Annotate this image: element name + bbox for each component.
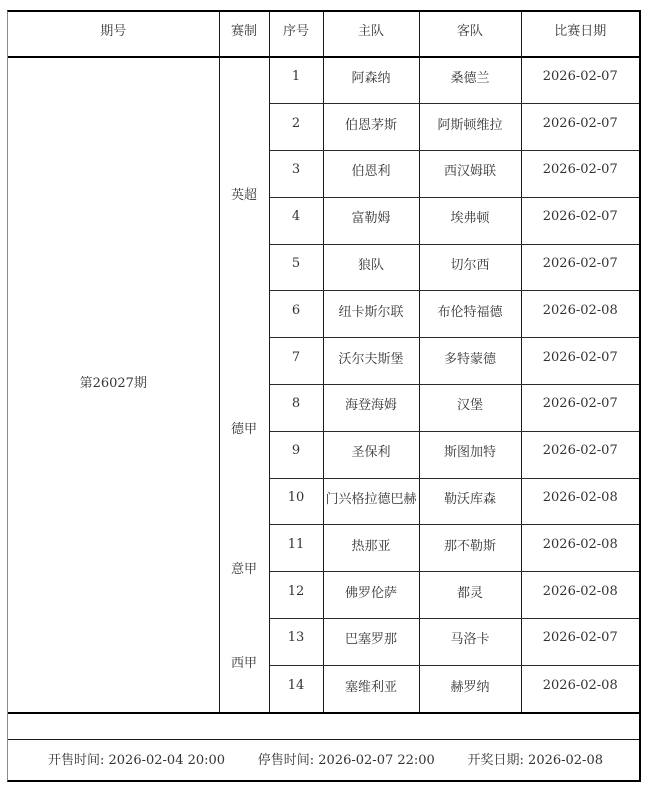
away-team-cell: 布伦特福德	[419, 291, 521, 338]
match-schedule-table: 期号 赛制 序号 主队 客队 比赛日期 第26027期 英超 1 阿森纳 桑德兰…	[8, 12, 639, 712]
seq-cell: 6	[269, 291, 323, 338]
home-team-cell: 狼队	[323, 244, 419, 291]
header-league: 赛制	[219, 12, 269, 57]
lottery-schedule-sheet: 期号 赛制 序号 主队 客队 比赛日期 第26027期 英超 1 阿森纳 桑德兰…	[7, 10, 641, 782]
date-cell: 2026-02-07	[521, 104, 639, 151]
away-team-cell: 那不勒斯	[419, 525, 521, 572]
away-team-cell: 桑德兰	[419, 57, 521, 104]
seq-cell: 10	[269, 478, 323, 525]
seq-cell: 14	[269, 665, 323, 712]
home-team-cell: 塞维利亚	[323, 665, 419, 712]
home-team-cell: 热那亚	[323, 525, 419, 572]
home-team-cell: 纽卡斯尔联	[323, 291, 419, 338]
league-cell-premier-league: 英超	[219, 57, 269, 338]
league-cell-la-liga: 西甲	[219, 619, 269, 713]
seq-cell: 11	[269, 525, 323, 572]
seq-cell: 12	[269, 572, 323, 619]
away-team-cell: 马洛卡	[419, 619, 521, 666]
date-cell: 2026-02-07	[521, 244, 639, 291]
home-team-cell: 门兴格拉德巴赫	[323, 478, 419, 525]
away-team-cell: 西汉姆联	[419, 151, 521, 198]
seq-cell: 2	[269, 104, 323, 151]
header-seq: 序号	[269, 12, 323, 57]
away-team-cell: 勒沃库森	[419, 478, 521, 525]
home-team-cell: 富勒姆	[323, 197, 419, 244]
draw-date: 开奖日期: 2026-02-08	[468, 749, 603, 768]
sale-stop-time: 停售时间: 2026-02-07 22:00	[258, 749, 435, 768]
home-team-cell: 佛罗伦萨	[323, 572, 419, 619]
seq-cell: 1	[269, 57, 323, 104]
seq-cell: 8	[269, 385, 323, 432]
footer-times-row: 开售时间: 2026-02-04 20:00 停售时间: 2026-02-07 …	[8, 740, 639, 781]
away-team-cell: 斯图加特	[419, 431, 521, 478]
date-cell: 2026-02-07	[521, 151, 639, 198]
header-away: 客队	[419, 12, 521, 57]
sale-start-time: 开售时间: 2026-02-04 20:00	[48, 749, 225, 768]
away-team-cell: 阿斯顿维拉	[419, 104, 521, 151]
seq-cell: 9	[269, 431, 323, 478]
date-cell: 2026-02-07	[521, 385, 639, 432]
seq-cell: 5	[269, 244, 323, 291]
date-cell: 2026-02-08	[521, 478, 639, 525]
date-cell: 2026-02-08	[521, 665, 639, 712]
away-team-cell: 多特蒙德	[419, 338, 521, 385]
league-cell-serie-a: 意甲	[219, 525, 269, 619]
away-team-cell: 汉堡	[419, 385, 521, 432]
home-team-cell: 沃尔夫斯堡	[323, 338, 419, 385]
header-date: 比赛日期	[521, 12, 639, 57]
home-team-cell: 海登海姆	[323, 385, 419, 432]
home-team-cell: 巴塞罗那	[323, 619, 419, 666]
date-cell: 2026-02-07	[521, 57, 639, 104]
match-row: 第26027期 英超 1 阿森纳 桑德兰 2026-02-07	[8, 57, 639, 104]
away-team-cell: 切尔西	[419, 244, 521, 291]
home-team-cell: 伯恩利	[323, 151, 419, 198]
seq-cell: 7	[269, 338, 323, 385]
header-period: 期号	[8, 12, 219, 57]
header-home: 主队	[323, 12, 419, 57]
seq-cell: 13	[269, 619, 323, 666]
date-cell: 2026-02-07	[521, 338, 639, 385]
home-team-cell: 阿森纳	[323, 57, 419, 104]
home-team-cell: 圣保利	[323, 431, 419, 478]
away-team-cell: 赫罗纳	[419, 665, 521, 712]
date-cell: 2026-02-08	[521, 572, 639, 619]
league-cell-bundesliga: 德甲	[219, 338, 269, 525]
date-cell: 2026-02-07	[521, 619, 639, 666]
period-cell: 第26027期	[8, 57, 219, 712]
separator-row	[8, 714, 639, 740]
header-row: 期号 赛制 序号 主队 客队 比赛日期	[8, 12, 639, 57]
date-cell: 2026-02-07	[521, 197, 639, 244]
seq-cell: 4	[269, 197, 323, 244]
seq-cell: 3	[269, 151, 323, 198]
schedule-table-wrapper: 期号 赛制 序号 主队 客队 比赛日期 第26027期 英超 1 阿森纳 桑德兰…	[8, 12, 639, 714]
away-team-cell: 都灵	[419, 572, 521, 619]
home-team-cell: 伯恩茅斯	[323, 104, 419, 151]
away-team-cell: 埃弗顿	[419, 197, 521, 244]
date-cell: 2026-02-08	[521, 291, 639, 338]
date-cell: 2026-02-08	[521, 525, 639, 572]
date-cell: 2026-02-07	[521, 431, 639, 478]
